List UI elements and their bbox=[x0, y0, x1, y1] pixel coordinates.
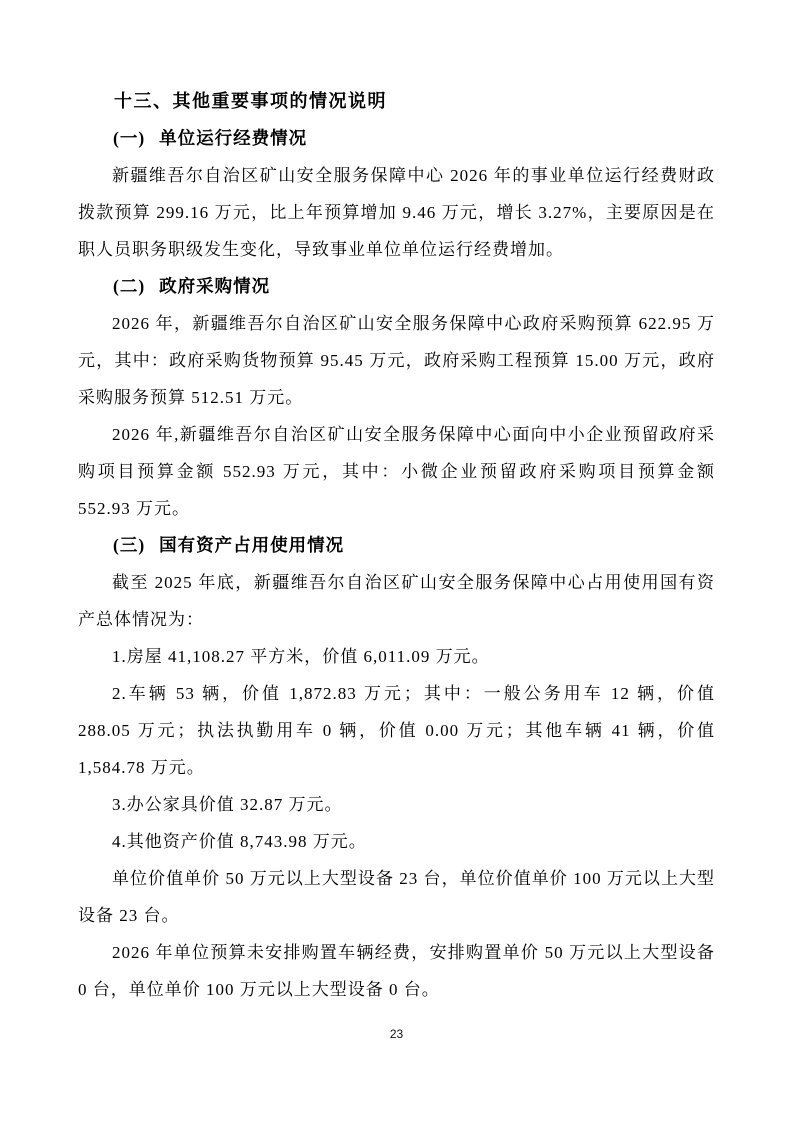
asset-item-other: 4.其他资产价值 8,743.98 万元。 bbox=[78, 823, 715, 860]
subsection-1-heading: (一)单位运行经费情况 bbox=[78, 120, 715, 157]
subsection-1-label: (一) bbox=[113, 128, 145, 148]
para-vehicle-purchase-plan: 2026 年单位预算未安排购置车辆经费，安排购置单价 50 万元以上大型设备 0… bbox=[78, 934, 715, 1008]
subsection-2-title: 政府采购情况 bbox=[159, 276, 270, 296]
para-large-equipment: 单位价值单价 50 万元以上大型设备 23 台，单位价值单价 100 万元以上大… bbox=[78, 860, 715, 934]
para-procurement-sme-reserve: 2026 年,新疆维吾尔自治区矿山安全服务保障中心面向中小企业预留政府采购项目预… bbox=[78, 416, 715, 527]
asset-item-housing: 1.房屋 41,108.27 平方米，价值 6,011.09 万元。 bbox=[78, 638, 715, 675]
page-footer: 23 bbox=[0, 1025, 793, 1043]
subsection-3-label: (三) bbox=[113, 535, 145, 555]
subsection-2-label: (二) bbox=[113, 276, 145, 296]
subsection-3-title: 国有资产占用使用情况 bbox=[159, 535, 344, 555]
subsection-3-heading: (三)国有资产占用使用情况 bbox=[78, 527, 715, 564]
para-assets-intro: 截至 2025 年底，新疆维吾尔自治区矿山安全服务保障中心占用使用国有资产总体情… bbox=[78, 564, 715, 638]
asset-item-vehicles: 2.车辆 53 辆，价值 1,872.83 万元；其中：一般公务用车 12 辆，… bbox=[78, 675, 715, 786]
para-procurement-total: 2026 年，新疆维吾尔自治区矿山安全服务保障中心政府采购预算 622.95 万… bbox=[78, 305, 715, 416]
subsection-2-heading: (二)政府采购情况 bbox=[78, 268, 715, 305]
section-title: 十三、其他重要事项的情况说明 bbox=[78, 83, 715, 120]
document-body: 十三、其他重要事项的情况说明 (一)单位运行经费情况 新疆维吾尔自治区矿山安全服… bbox=[78, 83, 715, 1008]
page-number: 23 bbox=[390, 1027, 403, 1041]
document-page: 十三、其他重要事项的情况说明 (一)单位运行经费情况 新疆维吾尔自治区矿山安全服… bbox=[0, 0, 793, 1122]
para-operating-expense: 新疆维吾尔自治区矿山安全服务保障中心 2026 年的事业单位运行经费财政拨款预算… bbox=[78, 157, 715, 268]
subsection-1-title: 单位运行经费情况 bbox=[159, 128, 307, 148]
asset-item-furniture: 3.办公家具价值 32.87 万元。 bbox=[78, 786, 715, 823]
